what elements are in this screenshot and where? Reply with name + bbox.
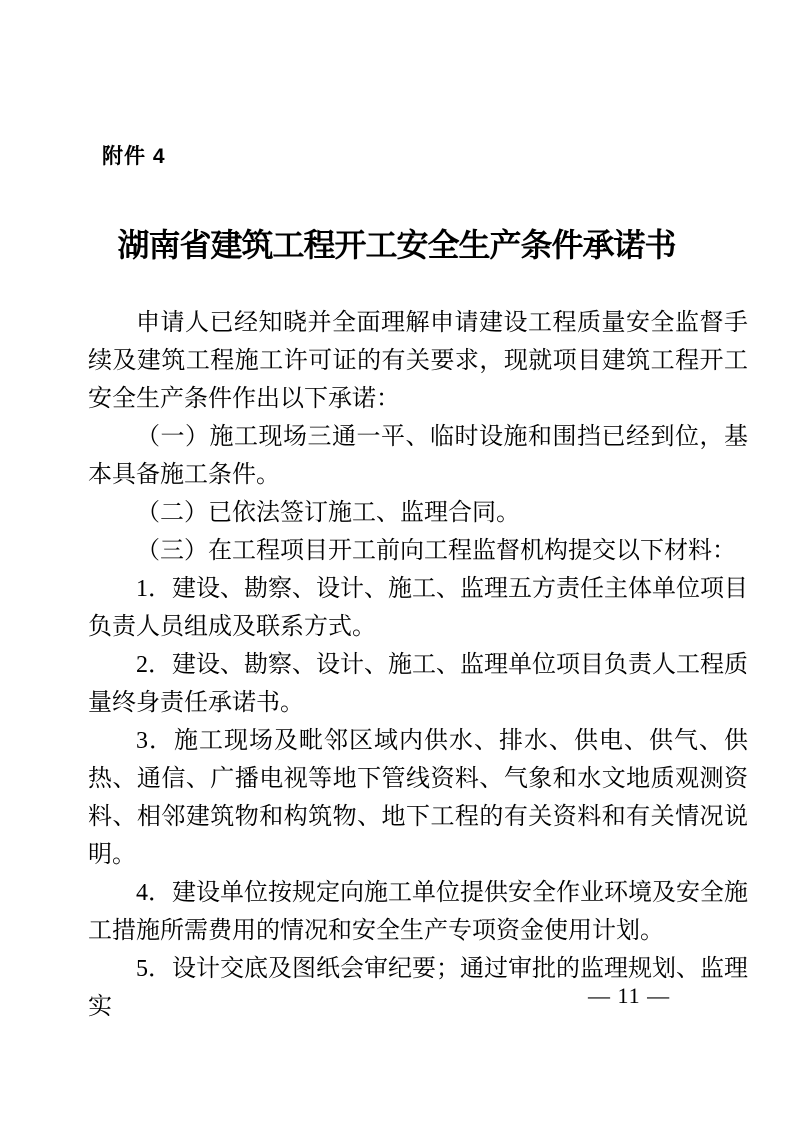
body-paragraph-item-1: （一）施工现场三通一平、临时设施和围挡已经到位，基本具备施工条件。 bbox=[88, 418, 748, 494]
body-paragraph-material-2: 2．建设、勘察、设计、施工、监理单位项目负责人工程质量终身责任承诺书。 bbox=[88, 646, 748, 722]
body-paragraph-material-4: 4．建设单位按规定向施工单位提供安全作业环境及安全施工措施所需费用的情况和安全生… bbox=[88, 874, 748, 950]
document-body: 申请人已经知晓并全面理解申请建设工程质量安全监督手续及建筑工程施工许可证的有关要… bbox=[88, 304, 748, 1026]
body-paragraph-material-1: 1．建设、勘察、设计、施工、监理五方责任主体单位项目负责人员组成及联系方式。 bbox=[88, 570, 748, 646]
attachment-label: 附件 4 bbox=[102, 140, 166, 170]
body-paragraph-item-2: （二）已依法签订施工、监理合同。 bbox=[88, 494, 748, 532]
page-number: — 11 — bbox=[588, 983, 670, 1009]
body-paragraph-intro: 申请人已经知晓并全面理解申请建设工程质量安全监督手续及建筑工程施工许可证的有关要… bbox=[88, 304, 748, 418]
document-title: 湖南省建筑工程开工安全生产条件承诺书 bbox=[0, 220, 793, 266]
document-page: 附件 4 湖南省建筑工程开工安全生产条件承诺书 申请人已经知晓并全面理解申请建设… bbox=[0, 0, 793, 1122]
body-paragraph-item-3: （三）在工程项目开工前向工程监督机构提交以下材料： bbox=[88, 532, 748, 570]
body-paragraph-material-3: 3．施工现场及毗邻区域内供水、排水、供电、供气、供热、通信、广播电视等地下管线资… bbox=[88, 722, 748, 874]
